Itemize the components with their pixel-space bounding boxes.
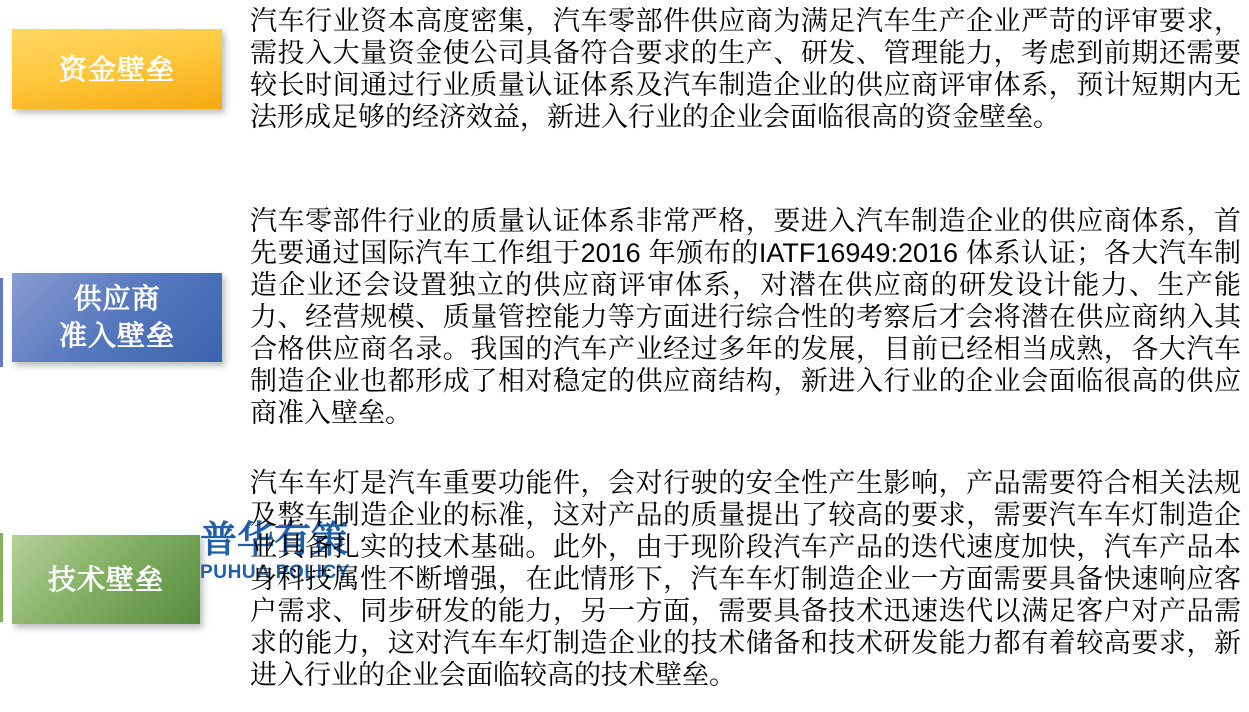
technology-barrier-label-column: 技术壁垒 <box>12 535 250 624</box>
section-technology-barrier: 技术壁垒 汽车车灯是汽车重要功能件，会对行驶的安全性产生影响，产品需要符合相关法… <box>0 467 1249 691</box>
supplier-access-barrier-label: 供应商 准入壁垒 <box>12 273 222 362</box>
section-capital-barrier: 资金壁垒 汽车行业资本高度密集，汽车零部件供应商为满足汽车生产企业严苛的评审要求… <box>0 5 1249 133</box>
capital-barrier-label-column: 资金壁垒 <box>12 29 250 109</box>
capital-barrier-label: 资金壁垒 <box>12 29 222 109</box>
section-supplier-access-barrier: 供应商 准入壁垒 汽车零部件行业的质量认证体系非常严格，要进入汽车制造企业的供应… <box>0 205 1249 429</box>
report-page: 普华有策 PUHUA POLICY 资金壁垒 汽车行业资本高度密集，汽车零部件供… <box>0 0 1249 712</box>
technology-barrier-paragraph: 汽车车灯是汽车重要功能件，会对行驶的安全性产生影响，产品需要符合相关法规及整车制… <box>250 467 1241 691</box>
capital-barrier-paragraph: 汽车行业资本高度密集，汽车零部件供应商为满足汽车生产企业严苛的评审要求，需投入大… <box>250 5 1241 133</box>
technology-barrier-label: 技术壁垒 <box>12 535 200 624</box>
supplier-barrier-label-column: 供应商 准入壁垒 <box>12 273 250 362</box>
supplier-access-barrier-paragraph: 汽车零部件行业的质量认证体系非常严格，要进入汽车制造企业的供应商体系，首先要通过… <box>250 205 1241 429</box>
